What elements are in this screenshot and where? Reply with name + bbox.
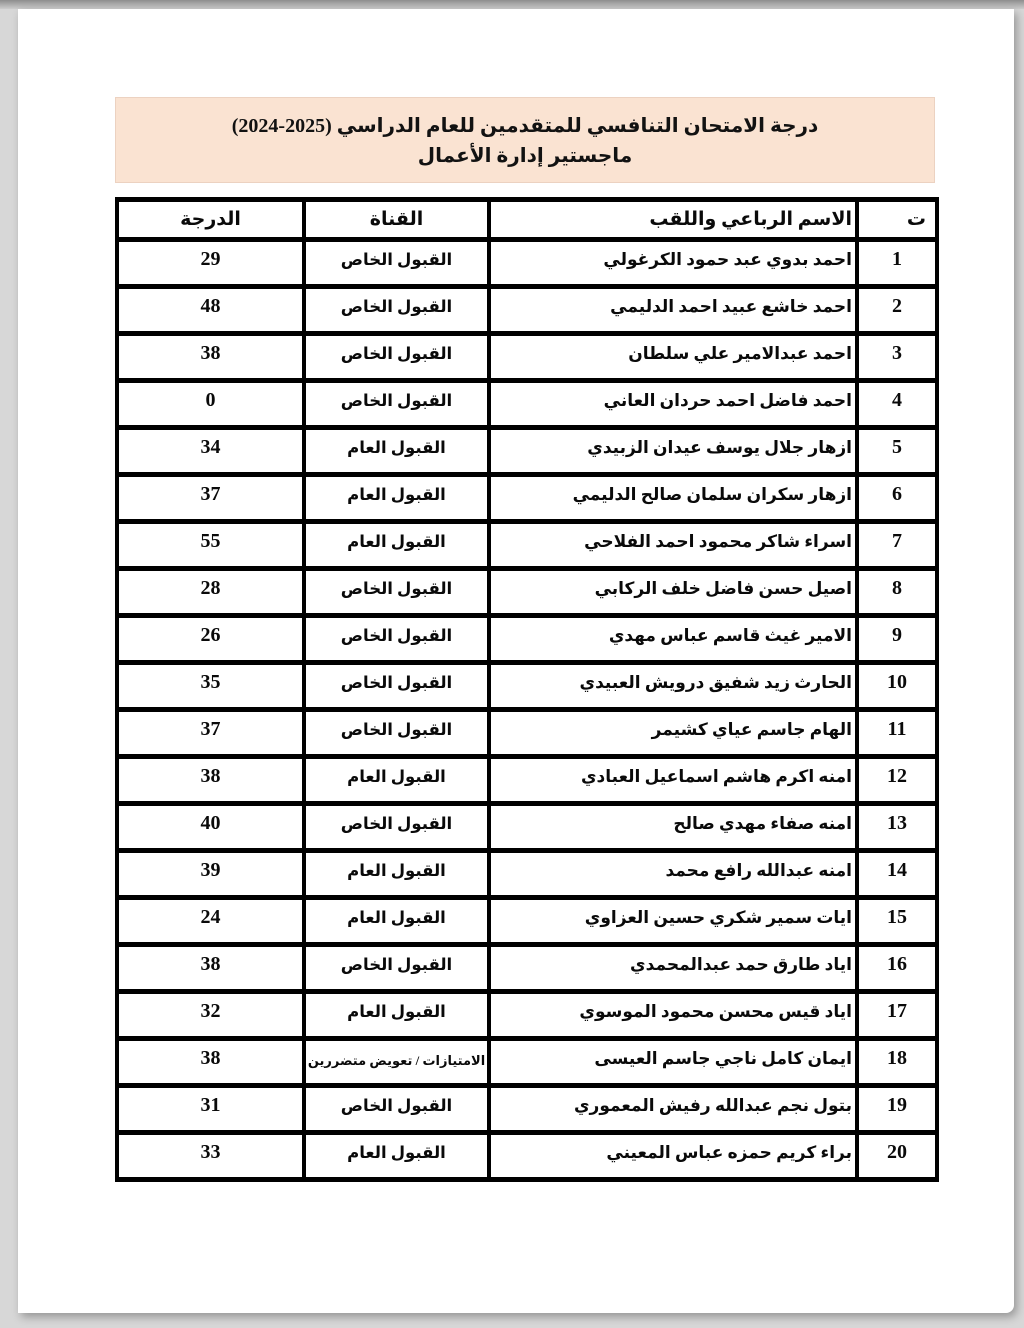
- row-index-cell: 16: [857, 945, 937, 992]
- score-cell: 35: [117, 663, 304, 710]
- document-page: درجة الامتحان التنافسي للمتقدمين للعام ا…: [18, 9, 1014, 1313]
- header-cell-channel: القناة: [304, 200, 489, 240]
- row-index-cell: 18: [857, 1039, 937, 1086]
- admission-channel-cell: القبول الخاص: [304, 804, 489, 851]
- admission-channel-cell: القبول الخاص: [304, 287, 489, 334]
- score-cell: 34: [117, 428, 304, 475]
- admission-channel-cell: الامتيازات / تعويض متضررين: [304, 1039, 489, 1086]
- applicant-name-cell: ايمان كامل ناجي جاسم العيسى: [489, 1039, 857, 1086]
- score-cell: 32: [117, 992, 304, 1039]
- row-index-cell: 14: [857, 851, 937, 898]
- table-row: 14 امنه عبدالله رافع محمد القبول العام 3…: [117, 851, 937, 898]
- applicant-name-cell: ازهار جلال يوسف عيدان الزبيدي: [489, 428, 857, 475]
- applicant-name-cell: اياد طارق حمد عبدالمحمدي: [489, 945, 857, 992]
- row-index-cell: 4: [857, 381, 937, 428]
- score-cell: 38: [117, 334, 304, 381]
- table-row: 17 اياد قيس محسن محمود الموسوي القبول ال…: [117, 992, 937, 1039]
- header-cell-score: الدرجة: [117, 200, 304, 240]
- row-index-cell: 8: [857, 569, 937, 616]
- score-cell: 48: [117, 287, 304, 334]
- document-title-box: درجة الامتحان التنافسي للمتقدمين للعام ا…: [115, 97, 935, 183]
- table-header-row: ت الاسم الرباعي واللقب القناة الدرجة: [117, 200, 937, 240]
- table-row: 8 اصيل حسن فاضل خلف الركابي القبول الخاص…: [117, 569, 937, 616]
- document-title-line2: ماجستير إدارة الأعمال: [418, 143, 632, 168]
- admission-channel-cell: القبول العام: [304, 428, 489, 475]
- applicant-name-cell: ازهار سكران سلمان صالح الدليمي: [489, 475, 857, 522]
- applicant-name-cell: اياد قيس محسن محمود الموسوي: [489, 992, 857, 1039]
- score-cell: 29: [117, 240, 304, 287]
- admission-channel-cell: القبول الخاص: [304, 569, 489, 616]
- row-index-cell: 6: [857, 475, 937, 522]
- table-row: 18 ايمان كامل ناجي جاسم العيسى الامتيازا…: [117, 1039, 937, 1086]
- row-index-cell: 1: [857, 240, 937, 287]
- table-row: 20 براء كريم حمزه عباس المعيني القبول ال…: [117, 1133, 937, 1180]
- applicant-name-cell: احمد عبدالامير علي سلطان: [489, 334, 857, 381]
- score-cell: 24: [117, 898, 304, 945]
- row-index-cell: 3: [857, 334, 937, 381]
- score-cell: 39: [117, 851, 304, 898]
- admission-channel-cell: القبول العام: [304, 851, 489, 898]
- admission-channel-cell: القبول الخاص: [304, 334, 489, 381]
- table-body: 1 احمد بدوي عبد حمود الكرغولي القبول الخ…: [117, 240, 937, 1180]
- row-index-cell: 7: [857, 522, 937, 569]
- applicant-name-cell: احمد بدوي عبد حمود الكرغولي: [489, 240, 857, 287]
- table-row: 4 احمد فاضل احمد حردان العاني القبول الخ…: [117, 381, 937, 428]
- admission-channel-cell: القبول الخاص: [304, 663, 489, 710]
- table-row: 13 امنه صفاء مهدي صالح القبول الخاص 40: [117, 804, 937, 851]
- row-index-cell: 11: [857, 710, 937, 757]
- admission-channel-cell: القبول الخاص: [304, 616, 489, 663]
- table-row: 6 ازهار سكران سلمان صالح الدليمي القبول …: [117, 475, 937, 522]
- admission-channel-cell: القبول الخاص: [304, 945, 489, 992]
- applicant-name-cell: الحارث زيد شفيق درويش العبيدي: [489, 663, 857, 710]
- row-index-cell: 10: [857, 663, 937, 710]
- table-row: 12 امنه اكرم هاشم اسماعيل العبادي القبول…: [117, 757, 937, 804]
- score-cell: 28: [117, 569, 304, 616]
- row-index-cell: 20: [857, 1133, 937, 1180]
- score-cell: 37: [117, 475, 304, 522]
- row-index-cell: 15: [857, 898, 937, 945]
- row-index-cell: 5: [857, 428, 937, 475]
- table-row: 16 اياد طارق حمد عبدالمحمدي القبول الخاص…: [117, 945, 937, 992]
- applicant-name-cell: احمد خاشع عبيد احمد الدليمي: [489, 287, 857, 334]
- header-cell-name: الاسم الرباعي واللقب: [489, 200, 857, 240]
- header-cell-index: ت: [857, 200, 937, 240]
- applicant-name-cell: ايات سمير شكري حسين العزاوي: [489, 898, 857, 945]
- score-cell: 38: [117, 757, 304, 804]
- score-cell: 37: [117, 710, 304, 757]
- table-row: 5 ازهار جلال يوسف عيدان الزبيدي القبول ا…: [117, 428, 937, 475]
- table-row: 9 الامير غيث قاسم عباس مهدي القبول الخاص…: [117, 616, 937, 663]
- applicant-name-cell: الامير غيث قاسم عباس مهدي: [489, 616, 857, 663]
- table-row: 15 ايات سمير شكري حسين العزاوي القبول ال…: [117, 898, 937, 945]
- admission-channel-cell: القبول العام: [304, 992, 489, 1039]
- table-row: 11 الهام جاسم عياي كشيمر القبول الخاص 37: [117, 710, 937, 757]
- scanned-document-screenshot: درجة الامتحان التنافسي للمتقدمين للعام ا…: [0, 0, 1024, 1328]
- applicant-name-cell: امنه عبدالله رافع محمد: [489, 851, 857, 898]
- score-cell: 33: [117, 1133, 304, 1180]
- row-index-cell: 9: [857, 616, 937, 663]
- score-cell: 31: [117, 1086, 304, 1133]
- score-cell: 38: [117, 1039, 304, 1086]
- admission-channel-cell: القبول الخاص: [304, 240, 489, 287]
- applicant-name-cell: الهام جاسم عياي كشيمر: [489, 710, 857, 757]
- score-cell: 38: [117, 945, 304, 992]
- applicant-name-cell: اصيل حسن فاضل خلف الركابي: [489, 569, 857, 616]
- table-row: 3 احمد عبدالامير علي سلطان القبول الخاص …: [117, 334, 937, 381]
- admission-channel-cell: القبول العام: [304, 475, 489, 522]
- applicant-name-cell: احمد فاضل احمد حردان العاني: [489, 381, 857, 428]
- admission-channel-cell: القبول العام: [304, 898, 489, 945]
- score-cell: 26: [117, 616, 304, 663]
- applicant-name-cell: امنه صفاء مهدي صالح: [489, 804, 857, 851]
- document-title-line1: درجة الامتحان التنافسي للمتقدمين للعام ا…: [232, 113, 819, 138]
- table-row: 19 بتول نجم عبدالله رفيش المعموري القبول…: [117, 1086, 937, 1133]
- table-row: 10 الحارث زيد شفيق درويش العبيدي القبول …: [117, 663, 937, 710]
- admission-channel-cell: القبول الخاص: [304, 710, 489, 757]
- scan-top-edge: [0, 0, 1024, 9]
- admission-channel-cell: القبول الخاص: [304, 381, 489, 428]
- score-cell: 55: [117, 522, 304, 569]
- exam-results-table: ت الاسم الرباعي واللقب القناة الدرجة 1 ا…: [115, 197, 939, 1182]
- table-row: 7 اسراء شاكر محمود احمد الفلاحي القبول ا…: [117, 522, 937, 569]
- row-index-cell: 19: [857, 1086, 937, 1133]
- row-index-cell: 17: [857, 992, 937, 1039]
- admission-channel-cell: القبول العام: [304, 757, 489, 804]
- admission-channel-cell: القبول العام: [304, 1133, 489, 1180]
- admission-channel-cell: القبول الخاص: [304, 1086, 489, 1133]
- score-cell: 40: [117, 804, 304, 851]
- table-row: 1 احمد بدوي عبد حمود الكرغولي القبول الخ…: [117, 240, 937, 287]
- applicant-name-cell: براء كريم حمزه عباس المعيني: [489, 1133, 857, 1180]
- applicant-name-cell: بتول نجم عبدالله رفيش المعموري: [489, 1086, 857, 1133]
- applicant-name-cell: امنه اكرم هاشم اسماعيل العبادي: [489, 757, 857, 804]
- row-index-cell: 2: [857, 287, 937, 334]
- table-row: 2 احمد خاشع عبيد احمد الدليمي القبول الخ…: [117, 287, 937, 334]
- admission-channel-cell: القبول العام: [304, 522, 489, 569]
- row-index-cell: 12: [857, 757, 937, 804]
- applicant-name-cell: اسراء شاكر محمود احمد الفلاحي: [489, 522, 857, 569]
- row-index-cell: 13: [857, 804, 937, 851]
- score-cell: 0: [117, 381, 304, 428]
